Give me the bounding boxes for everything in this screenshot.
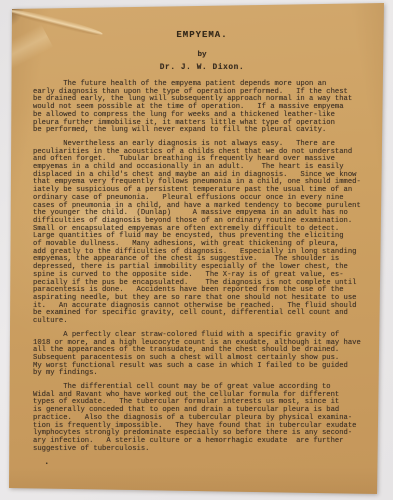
- stray-ink-mark: .: [44, 459, 371, 465]
- document-title: EMPYEMA.: [33, 30, 371, 40]
- paper-sheet-wrapper: EMPYEMA. by Dr. J. W. Dixon. The future …: [0, 0, 393, 500]
- scanned-page-background: EMPYEMA. by Dr. J. W. Dixon. The future …: [0, 0, 393, 500]
- paragraph-early-diagnosis: Nevertheless an early diagnosis is not a…: [33, 141, 371, 326]
- byline: by: [33, 51, 371, 59]
- paragraph-differential-cell-count: The differential cell count may be of gr…: [33, 384, 371, 453]
- author-name: Dr. J. W. Dixon.: [33, 64, 371, 72]
- paragraph-future-health: The future health of the empyema patient…: [33, 81, 371, 135]
- typewritten-content: EMPYEMA. by Dr. J. W. Dixon. The future …: [33, 0, 371, 465]
- paragraph-straw-colored-fluid: A perfectly clear straw-colored fluid wi…: [33, 332, 371, 378]
- paper-sheet: EMPYEMA. by Dr. J. W. Dixon. The future …: [6, 0, 386, 497]
